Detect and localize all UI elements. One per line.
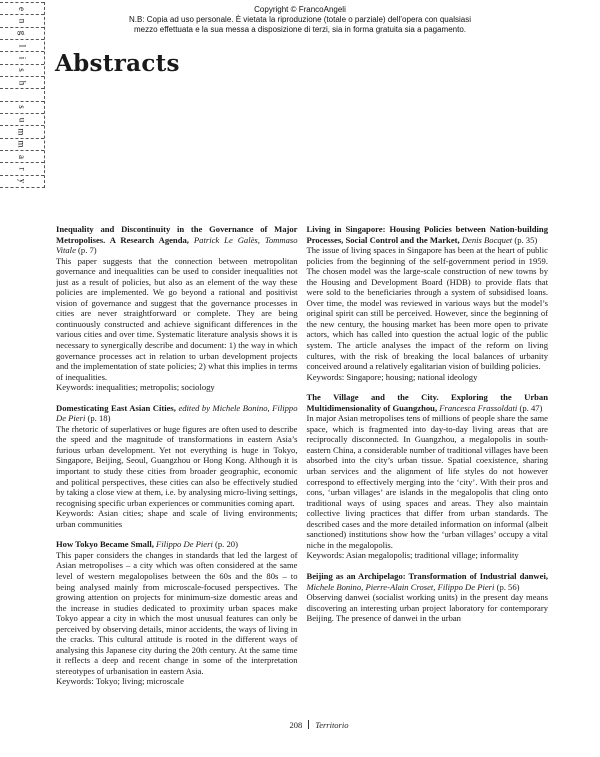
side-label-letter: y — [17, 179, 27, 184]
side-label-letter: m — [17, 128, 27, 135]
abstract-keywords: Keywords: Asian cities; shape and scale … — [56, 508, 298, 529]
side-label-letter: g — [17, 31, 27, 36]
side-label-english-summary: e n g l i s h s u m m a r y — [0, 2, 45, 188]
side-label-letter: r — [17, 167, 27, 170]
abstract-title: Living in Singapore: Housing Policies be… — [307, 224, 549, 245]
footer-separator-bar — [308, 720, 309, 729]
side-label-word-gap — [0, 88, 44, 100]
side-label-letter-cell: g — [0, 27, 44, 39]
journal-abstracts-page: { "header": { "line1": "Copyright © Fran… — [0, 0, 600, 757]
side-label-letter: s — [17, 106, 27, 110]
side-label-letter: u — [17, 117, 27, 122]
abstract-body: Observing danwei (socialist working unit… — [307, 592, 549, 624]
copyright-line-2: N.B: Copia ad uso personale. È vietata l… — [0, 15, 600, 25]
side-label-letter: s — [17, 69, 27, 73]
abstract-authors: Filippo De Pieri — [156, 539, 213, 549]
abstract-body: In major Asian metropolises tens of mill… — [307, 413, 549, 550]
abstracts-columns: Inequality and Discontinuity in the Gove… — [56, 224, 548, 694]
abstract-authors: Francesca Frassoldati — [439, 403, 517, 413]
page-footer: 208Territorio — [0, 720, 600, 730]
copyright-line-3: mezzo effettuata e la sua messa a dispos… — [0, 25, 600, 35]
abstract-body: The rhetoric of superlatives or huge fig… — [56, 424, 298, 508]
abstract-entry: The Village and the City. Exploring the … — [307, 392, 549, 561]
abstract-entry: Living in Singapore: Housing Policies be… — [307, 224, 549, 382]
side-label-letter-cell: a — [0, 150, 44, 162]
footer-journal-name: Territorio — [315, 720, 348, 730]
abstract-page-ref: (p. 18) — [88, 413, 111, 423]
side-label-letter: e — [17, 7, 27, 11]
abstract-body: This paper considers the changes in stan… — [56, 550, 298, 677]
abstract-heading: Inequality and Discontinuity in the Gove… — [56, 224, 298, 256]
side-label-letter: h — [17, 80, 27, 85]
copyright-notice: Copyright © FrancoAngeli N.B: Copia ad u… — [0, 5, 600, 35]
side-label-letter-cell: h — [0, 76, 44, 88]
abstract-title: Domesticating East Asian Cities, — [56, 403, 176, 413]
abstract-heading: How Tokyo Became Small, Filippo De Pieri… — [56, 539, 298, 550]
side-label-letter-cell: m — [0, 125, 44, 137]
side-label-letter-cell: r — [0, 162, 44, 174]
abstract-heading: Domesticating East Asian Cities, edited … — [56, 403, 298, 424]
abstract-heading: Beijing as an Archipelago: Transformatio… — [307, 571, 549, 592]
abstract-page-ref: (p. 20) — [215, 539, 238, 549]
side-label-letter-cell: u — [0, 113, 44, 125]
side-label-letter-cell: l — [0, 39, 44, 51]
side-label-letter: l — [17, 44, 27, 47]
abstract-keywords: Keywords: Singapore; housing; national i… — [307, 372, 549, 383]
abstract-title: Beijing as an Archipelago: Transformatio… — [307, 571, 549, 581]
side-label-letter-cell: m — [0, 138, 44, 150]
abstract-page-ref: (p. 56) — [497, 582, 520, 592]
abstract-body: This paper suggests that the connection … — [56, 256, 298, 383]
side-label-letter: a — [17, 155, 27, 159]
abstract-entry: Domesticating East Asian Cities, edited … — [56, 403, 298, 530]
side-label-letter: m — [17, 141, 27, 148]
page-title: Abstracts — [55, 50, 180, 77]
side-label-letter: i — [17, 57, 27, 60]
abstract-keywords: Keywords: inequalities; metropolis; soci… — [56, 382, 298, 393]
abstract-entry: Beijing as an Archipelago: Transformatio… — [307, 571, 549, 624]
abstract-page-ref: (p. 35) — [514, 235, 537, 245]
copyright-line-1: Copyright © FrancoAngeli — [0, 5, 600, 15]
abstract-entry: Inequality and Discontinuity in the Gove… — [56, 224, 298, 393]
abstract-title: How Tokyo Became Small, — [56, 539, 154, 549]
side-label-letter-cell: e — [0, 2, 44, 14]
side-label-letter-cell: i — [0, 51, 44, 63]
side-label-letter: n — [17, 19, 27, 24]
abstract-body: The issue of living spaces in Singapore … — [307, 245, 549, 372]
abstract-heading: The Village and the City. Exploring the … — [307, 392, 549, 413]
abstract-authors: Michele Bonino, Pierre-Alain Croset, Fil… — [307, 582, 495, 592]
abstract-keywords: Keywords: Tokyo; living; microscale — [56, 676, 298, 687]
abstract-entry: How Tokyo Became Small, Filippo De Pieri… — [56, 539, 298, 687]
side-label-letter-cell: n — [0, 14, 44, 26]
side-label-letter-cell: s — [0, 101, 44, 113]
abstract-authors: Denis Bocquet — [462, 235, 512, 245]
footer-page-number: 208 — [290, 720, 303, 730]
abstract-keywords: Keywords: Asian megalopolis; traditional… — [307, 550, 549, 561]
side-label-letter-cell: s — [0, 64, 44, 76]
abstract-page-ref: (p. 7) — [78, 245, 97, 255]
side-label-letter-cell: y — [0, 175, 44, 187]
abstract-page-ref: (p. 47) — [519, 403, 542, 413]
abstract-heading: Living in Singapore: Housing Policies be… — [307, 224, 549, 245]
